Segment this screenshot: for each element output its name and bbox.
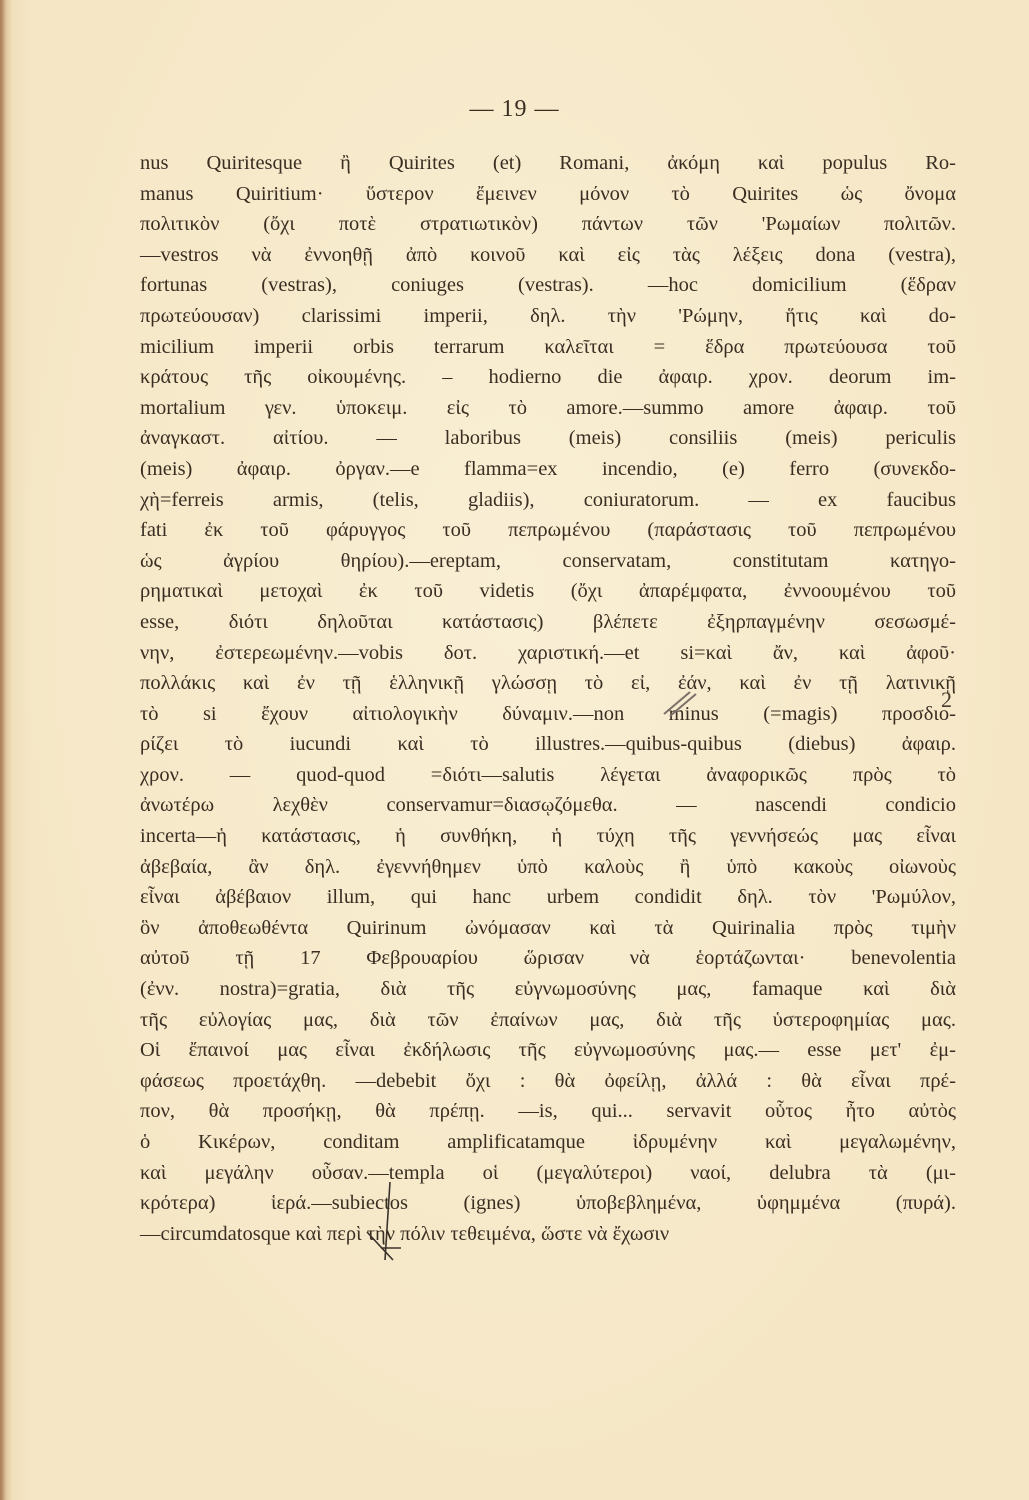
text-line: esse, διότι δηλοῦται κατάστασις) βλέπετε… — [140, 607, 956, 638]
text-line: χὴ=ferreis armis, (telis, gladiis), coni… — [140, 485, 956, 516]
page-spine-shadow — [0, 0, 6, 1500]
margin-note: 2 — [941, 687, 952, 713]
text-line: ὁ Κικέρων, conditam amplificatamque ἱδρυ… — [140, 1127, 956, 1158]
text-line: πον, θὰ προσήκῃ, θὰ πρέπῃ. —is, qui... s… — [140, 1096, 956, 1127]
text-line: (meis) ἀφαιρ. ὀργαν.—e flamma=ex incendi… — [140, 454, 956, 485]
text-line: (ἐνν. nostra)=gratia, διὰ τῆς εὐγνωμοσύν… — [140, 974, 956, 1005]
text-line: καὶ μεγάλην οὖσαν.—templa οἱ (μεγαλύτερο… — [140, 1158, 956, 1189]
text-line: πολιτικὸν (ὄχι ποτὲ στρατιωτικὸν) πάντων… — [140, 209, 956, 240]
text-line: micilium imperii orbis terrarum καλεῖται… — [140, 332, 956, 363]
text-line: νην, ἐστερεωμένην.—vobis δοτ. χαριστική.… — [140, 638, 956, 669]
page-number: — 19 — — [0, 96, 1029, 123]
text-line: τῆς εὐλογίας μας, διὰ τῶν ἐπαίνων μας, δ… — [140, 1005, 956, 1036]
text-line: ἀνωτέρω λεχθὲν conservamur=διασῳζόμεθα. … — [140, 790, 956, 821]
text-line: fortunas (vestras), coniuges (vestras). … — [140, 270, 956, 301]
text-line: manus Quiritium· ὕστερον ἔμεινεν μόνον τ… — [140, 179, 956, 210]
text-line: mortalium γεν. ὑποκειμ. εἰς τὸ amore.—su… — [140, 393, 956, 424]
text-line: ρίζει τὸ iucundi καὶ τὸ illustres.—quibu… — [140, 729, 956, 760]
text-line: ρηματικαὶ μετοχαὶ ἐκ τοῦ videtis (ὄχι ἀπ… — [140, 576, 956, 607]
text-line: αὐτοῦ τῇ 17 Φεβρουαρίου ὥρισαν νὰ ἑορτάζ… — [140, 943, 956, 974]
text-line: φάσεως προετάχθη. —debebit ὄχι : θὰ ὀφεί… — [140, 1066, 956, 1097]
pencil-slash-mark — [660, 688, 700, 718]
text-line: ἀναγκαστ. αἰτίου. — laboribus (meis) con… — [140, 423, 956, 454]
commentary-body: nus Quiritesque ἢ Quirites (et) Romani, … — [140, 148, 956, 1249]
text-line: —vestros νὰ ἐννοηθῇ ἀπὸ κοινοῦ καὶ εἰς τ… — [140, 240, 956, 271]
text-line: ὃν ἀποθεωθέντα Quirinum ὠνόμασαν καὶ τὰ … — [140, 913, 956, 944]
text-line: Οἱ ἔπαινοί μας εἶναι ἐκδήλωσις τῆς εὐγνω… — [140, 1035, 956, 1066]
text-line: κρότερα) ἱερά.—subiectos (ignes) ὑποβεβλ… — [140, 1188, 956, 1219]
text-line: κράτους τῆς οἰκουμένης. – hodierno die ἀ… — [140, 362, 956, 393]
text-line: τὸ si ἔχουν αἰτιολογικὴν δύναμιν.—non mi… — [140, 699, 956, 730]
text-line: εἶναι ἀβέβαιον illum, qui hanc urbem con… — [140, 882, 956, 913]
text-line: nus Quiritesque ἢ Quirites (et) Romani, … — [140, 148, 956, 179]
text-line: ὡς ἀγρίου θηρίου).—ereptam, conservatam,… — [140, 546, 956, 577]
text-line: ἀβεβαία, ἂν δηλ. ἐγεννήθημεν ὑπὸ καλοὺς … — [140, 852, 956, 883]
text-line: —circumdatosque καὶ περὶ τὴν πόλιν τεθει… — [140, 1219, 956, 1250]
text-line: incerta—ἡ κατάστασις, ἡ συνθήκη, ἡ τύχη … — [140, 821, 956, 852]
text-line: πολλάκις καὶ ἐν τῇ ἑλληνικῇ γλώσσῃ τὸ εἰ… — [140, 668, 956, 699]
pen-insertion-mark — [355, 1180, 405, 1290]
text-line: χρον. — quod-quod =διότι—salutis λέγεται… — [140, 760, 956, 791]
text-line: πρωτεύουσαν) clarissimi imperii, δηλ. τὴ… — [140, 301, 956, 332]
text-line: fati ἐκ τοῦ φάρυγγος τοῦ πεπρωμένου (παρ… — [140, 515, 956, 546]
